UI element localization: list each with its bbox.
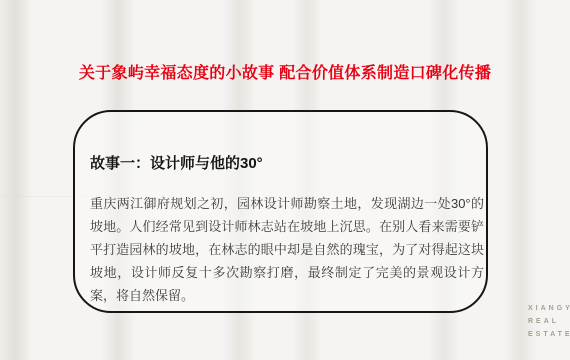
story-body: 重庆两江御府规划之初，园林设计师勘察土地，发现湖边一处30°的坡地。人们经常见到… bbox=[90, 192, 484, 307]
presentation-slide: 关于象屿幸福态度的小故事 配合价值体系制造口碑化传播 故事一：设计师与他的30°… bbox=[0, 0, 570, 360]
story-heading: 故事一：设计师与他的30° bbox=[90, 152, 471, 173]
brand-watermark-line: REAL bbox=[528, 315, 570, 328]
story-card: 故事一：设计师与他的30° 重庆两江御府规划之初，园林设计师勘察土地，发现湖边一… bbox=[73, 110, 488, 313]
brand-watermark-line: ESTATE bbox=[528, 328, 570, 341]
brand-watermark: XIANGYU REAL ESTATE bbox=[528, 302, 570, 341]
brand-watermark-line: XIANGYU bbox=[528, 302, 570, 315]
slide-title: 关于象屿幸福态度的小故事 配合价值体系制造口碑化传播 bbox=[0, 60, 570, 83]
